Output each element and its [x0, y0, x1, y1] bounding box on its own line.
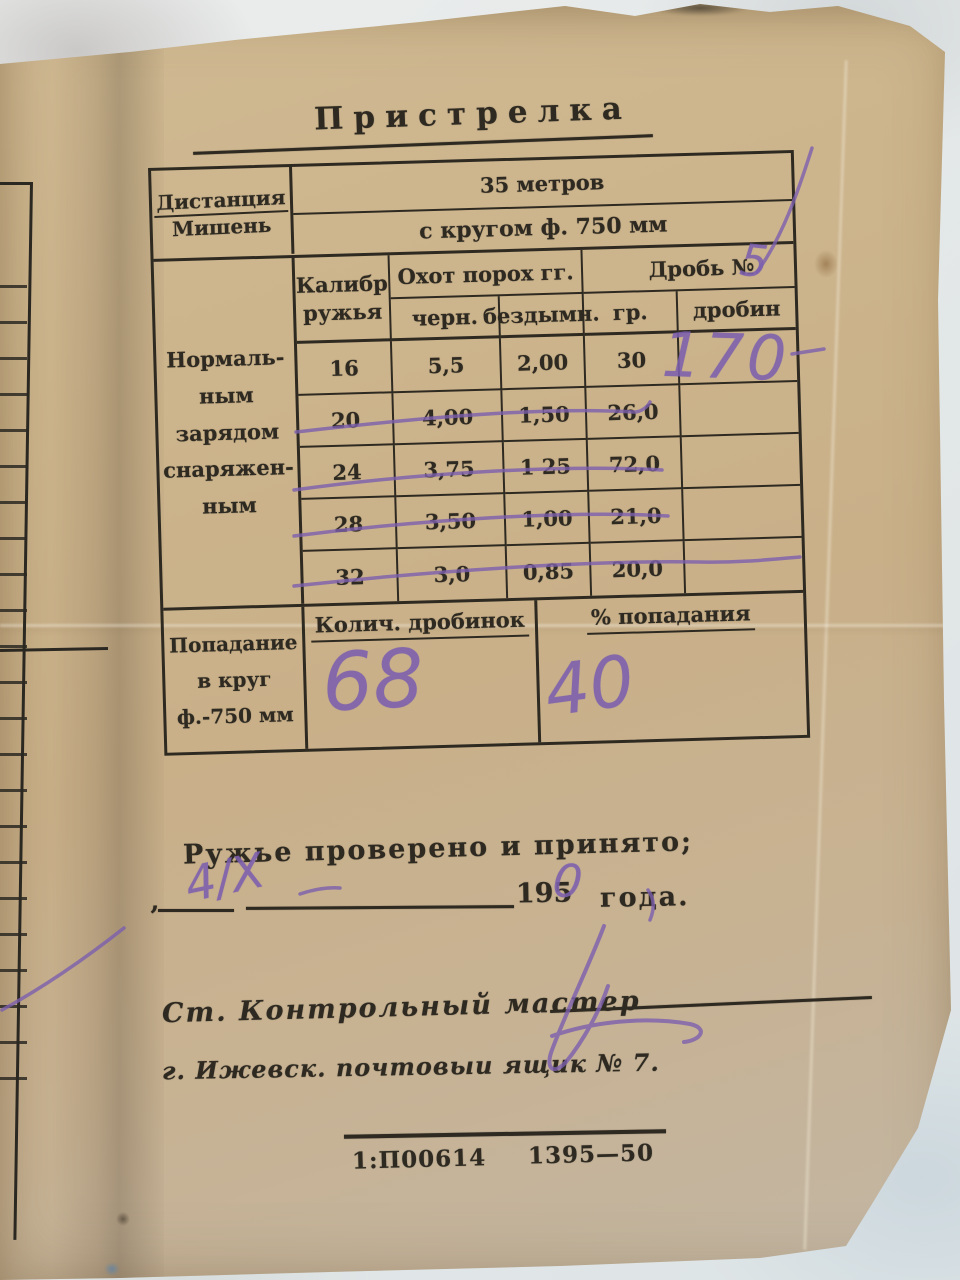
handwritten-year-digit: 0: [550, 853, 585, 910]
cell-smokeless: 1,50: [502, 388, 587, 442]
cell-grams: 26,0: [586, 385, 681, 440]
cell-pellets: [683, 486, 801, 541]
col-header-powder-group: Охот порох гг.: [390, 250, 584, 299]
handwritten-percent-40: 40: [540, 639, 640, 733]
col-header-caliber: Калибр ружья: [295, 255, 392, 344]
cell-black: 3,50: [396, 494, 506, 549]
booklet-fold-shadow: [52, 0, 164, 1280]
pen-dash-on-date-line: [300, 888, 340, 894]
cell-black: 3,75: [395, 442, 505, 497]
cell-black: 4,00: [393, 390, 503, 445]
date-underline-2: [246, 905, 514, 910]
handwritten-count-68: 68: [320, 631, 427, 729]
hits-row-label: Попадание в круг ф.-750 мм: [163, 607, 308, 753]
handwritten-shot-number: 5: [737, 235, 770, 289]
cell-caliber: 28: [301, 497, 397, 552]
paper-spot: [116, 1212, 130, 1226]
signature-scrawl: [552, 1020, 701, 1042]
hits-percent-header: % попадания: [587, 600, 755, 635]
cell-pellets: [682, 434, 800, 489]
charge-section: Нормаль- ным зарядом снаряжен- ным Калиб…: [154, 244, 803, 611]
date-prefix-mark: ‚: [150, 884, 160, 917]
cell-smokeless: 1 25: [504, 440, 589, 494]
paper-spot-blue: [104, 1262, 120, 1276]
print-code-rule: [344, 1129, 666, 1139]
charge-row-label: Нормаль- ным зарядом снаряжен- ным: [154, 258, 305, 608]
document-paper: Пристрелка Дистанция Мишень 35 метров с …: [0, 0, 960, 1280]
cell-black: 5,5: [392, 338, 502, 393]
cell-grams: 20,0: [591, 541, 686, 596]
cell-caliber: 20: [298, 393, 394, 448]
cell-black: 3,0: [398, 546, 508, 601]
cell-caliber: 32: [303, 549, 399, 604]
left-page-top-line: [0, 182, 32, 185]
cell-grams: 21,0: [589, 489, 684, 544]
col-header-powder-smokeless: бездымн.: [500, 294, 585, 338]
date-suffix: года.: [600, 881, 690, 914]
charge-grid: Калибр ружья Охот порох гг. Дробь № черн…: [295, 244, 803, 604]
distance-target-values: 35 метров с кругом ф. 750 мм: [292, 153, 793, 255]
hits-section: Попадание в круг ф.-750 мм Колич. дробин…: [163, 593, 807, 753]
cell-smokeless: 2,00: [501, 336, 586, 390]
target-label: Мишень: [172, 212, 272, 241]
control-master-label: Ст. Контрольный мастер: [162, 986, 641, 1030]
cell-caliber: 24: [300, 445, 396, 500]
cell-smokeless: 0,85: [507, 544, 592, 598]
handwritten-pellets-170: 170: [661, 318, 791, 395]
cell-grams: 72,0: [588, 437, 683, 492]
paper-stain: [814, 250, 838, 278]
left-page-row-lines: [0, 252, 27, 1087]
cell-caliber: 16: [297, 341, 393, 396]
cell-pellets: [685, 538, 803, 593]
print-code-2: 1395—50: [528, 1139, 655, 1169]
page-title: Пристрелка: [282, 89, 663, 138]
sighting-table: Дистанция Мишень 35 метров с кругом ф. 7…: [148, 150, 810, 756]
cell-smokeless: 1,00: [505, 492, 590, 546]
print-code: 1:П00614: [352, 1144, 487, 1175]
distance-target-cell: Дистанция Мишень: [151, 166, 294, 260]
vertical-crease: [803, 60, 848, 1249]
title-underline: [193, 134, 653, 155]
table-header-section: Дистанция Мишень 35 метров с кругом ф. 7…: [151, 153, 793, 262]
izhevsk-address: г. Ижевск. почтовыи ящик № 7.: [162, 1048, 660, 1086]
